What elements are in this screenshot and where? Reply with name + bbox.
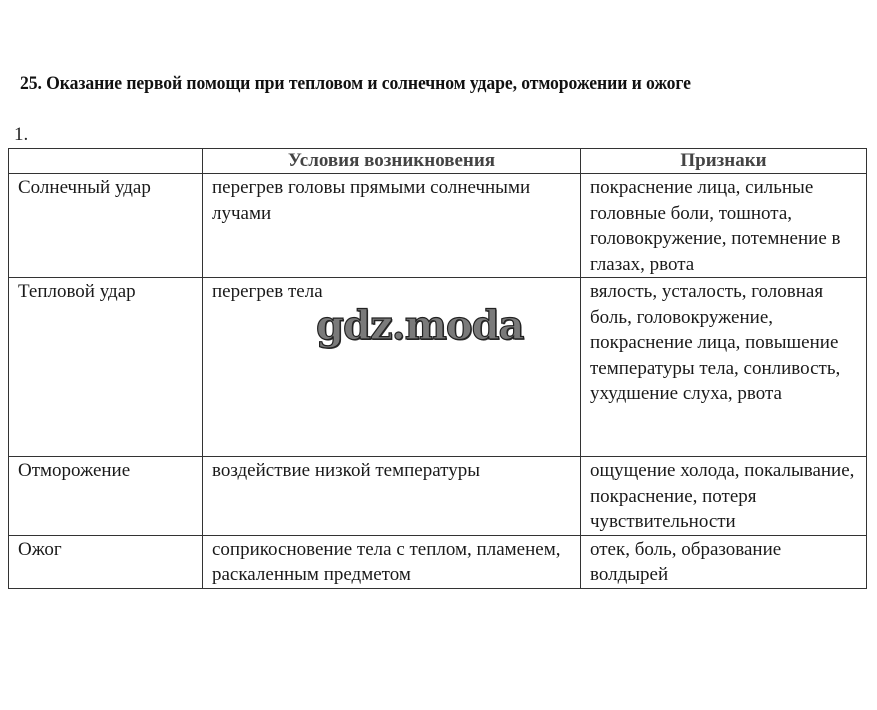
header-signs: Признаки <box>581 149 867 174</box>
page-heading: 25. Оказание первой помощи при тепловом … <box>20 73 691 95</box>
first-aid-table: Условия возникновения Признаки Солнечный… <box>8 148 867 589</box>
table-header-row: Условия возникновения Признаки <box>9 149 867 174</box>
header-conditions: Условия возникновения <box>203 149 581 174</box>
row-name: Ожог <box>9 535 203 588</box>
row-conditions: перегрев тела <box>203 278 581 457</box>
row-name: Отморожение <box>9 457 203 536</box>
table-row: Солнечный удар перегрев головы прямыми с… <box>9 174 867 278</box>
row-conditions: перегрев головы прямыми солнечными лучам… <box>203 174 581 278</box>
row-name: Тепловой удар <box>9 278 203 457</box>
row-conditions: воздействие низкой температуры <box>203 457 581 536</box>
row-conditions: соприкосновение тела с теплом, пламенем,… <box>203 535 581 588</box>
row-signs: отек, боль, образование волдырей <box>581 535 867 588</box>
table-row: Ожог соприкосновение тела с теплом, плам… <box>9 535 867 588</box>
table-row: Тепловой удар перегрев тела вялость, уст… <box>9 278 867 457</box>
row-signs: покраснение лица, сильные головные боли,… <box>581 174 867 278</box>
item-number: 1. <box>14 124 28 146</box>
table-row: Отморожение воздействие низкой температу… <box>9 457 867 536</box>
row-signs: ощущение холода, покалывание, покраснени… <box>581 457 867 536</box>
row-signs: вялость, усталость, головная боль, голов… <box>581 278 867 457</box>
header-empty <box>9 149 203 174</box>
row-name: Солнечный удар <box>9 174 203 278</box>
